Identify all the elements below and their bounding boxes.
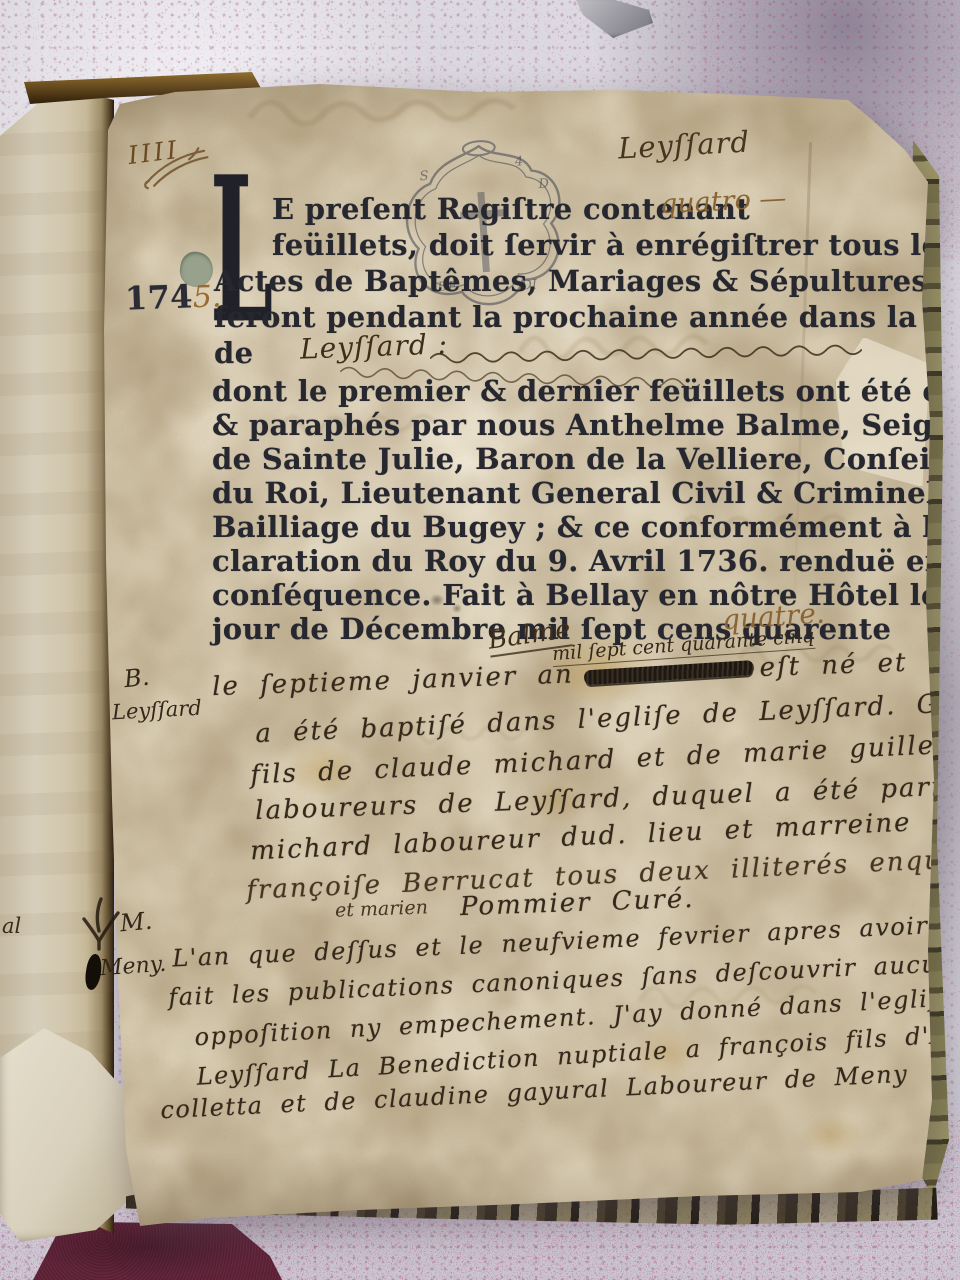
entry1-line1-start: le ſeptieme janvier an	[212, 660, 575, 703]
printed-line: Actes de Baptêmes, Mariages & Sépultures…	[214, 264, 960, 298]
printed-line: Bailliage du Bugey ; & ce conformément à…	[212, 510, 960, 544]
printed-line: feront pendant la prochaine année dans l…	[214, 300, 960, 334]
photograph-of-parish-register: al M. Meny.	[0, 0, 960, 1280]
left-page-fragment: al	[2, 914, 21, 938]
handwritten-insert-quatro: quatro —	[659, 183, 787, 221]
margin-year-printed: 174	[124, 277, 193, 317]
printed-line: conſéquence. Fait à Bellay en nôtre Hôte…	[212, 578, 960, 612]
printed-line: du Roi, Lieutenant General Civil & Crimi…	[212, 476, 960, 510]
ink-scribble	[583, 660, 754, 685]
stamp-letter: 4	[513, 154, 523, 170]
stamp-letter: S	[419, 169, 429, 185]
entry1-line7-small: et marien	[335, 896, 429, 921]
handwritten-insert-parish: Leyſſard :	[299, 327, 448, 365]
place-name-header: Leyſſard	[617, 125, 751, 166]
register-page: IIII Leyſſard	[100, 82, 945, 1232]
printed-paragraph: dont le premier & dernier feüillets ont …	[212, 374, 960, 646]
margin-note-entry1-place: Leyſſard	[111, 696, 202, 725]
stamp-letter: D	[537, 176, 550, 192]
printed-line: de Sainte Julie, Baron de la Velliere, C…	[212, 442, 960, 476]
margin-year: 1745.	[124, 276, 222, 317]
printed-line: dont le premier & dernier feüillets ont …	[212, 374, 960, 408]
printed-line: claration du Roy du 9. Avril 1736. rendu…	[212, 544, 960, 578]
wavy-filler-line-icon	[430, 337, 862, 368]
printed-line: de	[214, 336, 253, 370]
paper-sheet: IIII Leyſſard	[100, 82, 945, 1232]
margin-note-entry1-type: B.	[123, 663, 151, 693]
ink-stain	[800, 1112, 862, 1158]
printed-line: & paraphés par nous Anthelme Balme, Seig…	[212, 408, 960, 442]
cross-mark-icon	[76, 896, 122, 952]
margin-note-entry2-place: Meny.	[99, 952, 167, 982]
pen-flourish-icon	[142, 141, 211, 197]
entry1-line1-end: eſt né et	[759, 648, 908, 683]
margin-note-entry2-type: M.	[119, 907, 154, 938]
margin-year-hand: 5.	[192, 279, 222, 315]
printed-line: feüillets, doit ſervir à enrégiſtrer tou…	[272, 228, 957, 262]
